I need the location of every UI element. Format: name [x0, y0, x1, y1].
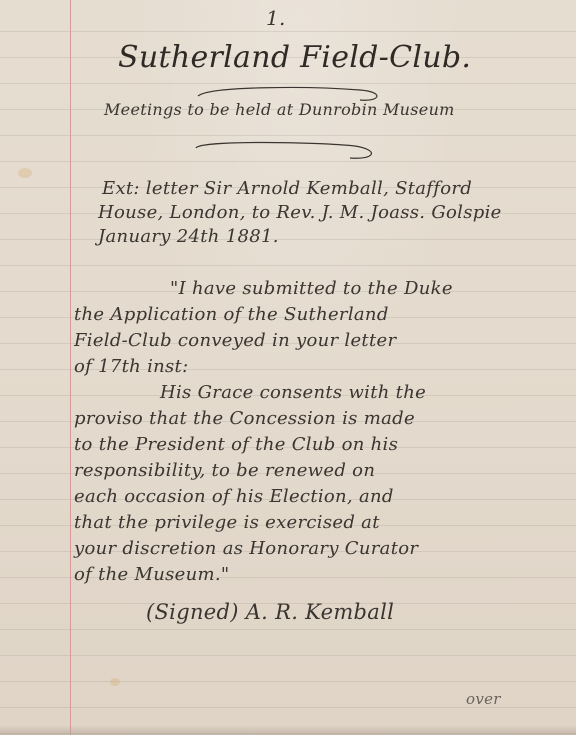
- page-number: 1.: [266, 6, 286, 30]
- letter-line: of the Museum.": [74, 564, 230, 585]
- subtitle-underline-flourish: [190, 138, 390, 162]
- letter-line: to the President of the Club on his: [74, 434, 398, 455]
- letter-line: proviso that the Concession is made: [74, 408, 415, 429]
- letter-line: responsibility, to be renewed on: [74, 460, 375, 481]
- letter-line: each occasion of his Election, and: [74, 486, 394, 507]
- paper-stain: [18, 168, 32, 178]
- page-bottom-edge: [0, 725, 576, 735]
- letter-line: His Grace consents with the: [160, 382, 426, 403]
- letter-line: Field-Club conveyed in your letter: [74, 330, 396, 351]
- extract-line: House, London, to Rev. J. M. Joass. Gols…: [98, 202, 502, 223]
- letter-line: of 17th inst:: [74, 356, 188, 377]
- continuation-note: over: [466, 690, 501, 708]
- extract-line: January 24th 1881.: [98, 226, 279, 247]
- extract-line: Ext: letter Sir Arnold Kemball, Stafford: [102, 178, 472, 199]
- paper-stain: [110, 678, 120, 686]
- letter-line: that the privilege is exercised at: [74, 512, 380, 533]
- letter-line: "I have submitted to the Duke: [170, 278, 453, 299]
- letter-line: the Application of the Sutherland: [74, 304, 389, 325]
- page-subtitle: Meetings to be held at Dunrobin Museum: [104, 100, 455, 119]
- signature: (Signed) A. R. Kemball: [146, 600, 394, 624]
- manuscript-page: 1. Sutherland Field-Club. Meetings to be…: [0, 0, 576, 735]
- red-margin-line: [70, 0, 71, 735]
- letter-line: your discretion as Honorary Curator: [74, 538, 418, 559]
- page-title: Sutherland Field-Club.: [118, 40, 471, 75]
